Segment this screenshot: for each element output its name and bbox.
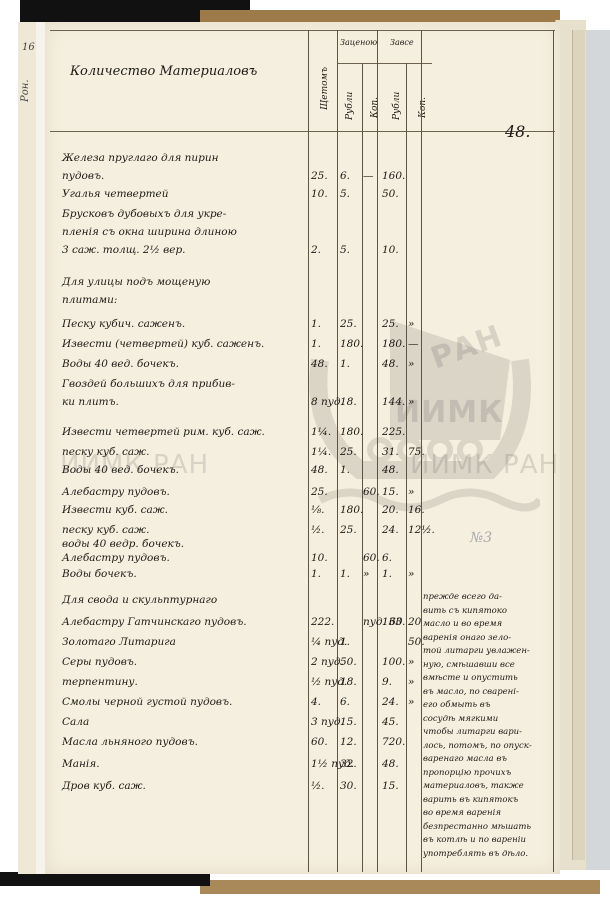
watermark-caption: ИИМК РАН bbox=[410, 450, 559, 480]
entry-quantity: 3 пуд. bbox=[311, 716, 344, 728]
entry-description: Извести куб. саж. bbox=[62, 504, 168, 516]
scan-border-bottom bbox=[0, 872, 210, 886]
entry-sum-rubles: 48. bbox=[382, 464, 399, 476]
entry-quantity: 25. bbox=[311, 170, 328, 182]
header-price-group: Заценою bbox=[340, 38, 377, 47]
entry-sum-rubles: 24. bbox=[382, 524, 399, 536]
entry-sum-kopecks: » bbox=[408, 486, 414, 498]
entry-sum-rubles: 144. bbox=[382, 396, 405, 408]
side-note-line: вить съ кипятоко bbox=[423, 606, 551, 616]
entry-price-rubles: 18. bbox=[340, 676, 357, 688]
entry-price-rubles: 6. bbox=[340, 696, 350, 708]
header-price-kopecks: Коп. bbox=[370, 97, 380, 118]
entry-sum-rubles: 6. bbox=[382, 552, 392, 564]
entry-sum-kopecks: » bbox=[408, 396, 414, 408]
entry-quantity: 1¼. bbox=[311, 426, 331, 438]
facing-page-margin-text: Рон. bbox=[20, 79, 31, 102]
entry-sum-rubles: 15. bbox=[382, 486, 399, 498]
entry-description: Извести четвертей рим. куб. саж. bbox=[62, 426, 265, 438]
entry-quantity: ½. bbox=[311, 780, 325, 792]
entry-description: ки плитъ. bbox=[62, 396, 119, 408]
entry-description: Воды бочекъ. bbox=[62, 568, 137, 580]
entry-description: Угалья четвертей bbox=[62, 188, 169, 200]
entry-quantity: 48. bbox=[311, 464, 328, 476]
entry-sum-rubles: 1. bbox=[382, 568, 392, 580]
side-note-line: въ масло, по сварені- bbox=[423, 687, 551, 697]
side-note-line: безпрестанно мѣшать bbox=[423, 822, 551, 832]
entry-price-rubles: 12. bbox=[340, 736, 357, 748]
entry-sum-kopecks: — bbox=[408, 338, 419, 350]
entry-description: Извести (четвертей) куб. саженъ. bbox=[62, 338, 264, 350]
entry-price-rubles: 5. bbox=[340, 244, 350, 256]
entry-description: Манія. bbox=[62, 758, 100, 770]
side-note-line: варенаго масла въ bbox=[423, 754, 551, 764]
entry-sum-rubles: 24. bbox=[382, 696, 399, 708]
entry-sum-rubles: 160. bbox=[382, 170, 405, 182]
entry-sum-rubles: 100. bbox=[382, 656, 405, 668]
entry-price-rubles: 1. bbox=[340, 568, 350, 580]
entry-price-rubles: 180. bbox=[340, 426, 363, 438]
entry-quantity: ⅛. bbox=[311, 504, 325, 516]
entry-quantity: 48. bbox=[311, 358, 328, 370]
entry-price-rubles: 1. bbox=[340, 464, 350, 476]
side-note-line: той литарги увлажен- bbox=[423, 646, 551, 656]
side-note-line: употреблять въ дѣло. bbox=[423, 849, 551, 859]
entry-description: Сала bbox=[62, 716, 89, 728]
entry-description: Железа пруглаго для пирин bbox=[62, 152, 219, 164]
rule-page-right bbox=[553, 30, 554, 872]
scan-edge-right bbox=[586, 30, 610, 870]
entry-sum-rubles: 10. bbox=[382, 244, 399, 256]
entry-quantity: 10. bbox=[311, 552, 328, 564]
entry-price-rubles: 15. bbox=[340, 716, 357, 728]
side-note-line: сосудѣ мягкими bbox=[423, 714, 551, 724]
entry-sum-rubles: 15. bbox=[382, 780, 399, 792]
entry-description: терпентину. bbox=[62, 676, 138, 688]
entry-sum-rubles: 180. bbox=[382, 338, 405, 350]
entry-quantity: 1. bbox=[311, 568, 321, 580]
entry-price-rubles: 50. bbox=[340, 656, 357, 668]
entry-sum-kopecks: 12½. bbox=[408, 524, 435, 536]
entry-price-rubles: 30. bbox=[340, 780, 357, 792]
page-stack-right-inner bbox=[572, 30, 585, 860]
pencil-mark: №3 bbox=[470, 530, 492, 546]
entry-sum-rubles: 225. bbox=[382, 426, 405, 438]
folio-number: 48. bbox=[505, 122, 530, 141]
entry-price-kopecks: » bbox=[363, 568, 369, 580]
rule-sum-rubles bbox=[377, 30, 378, 872]
entry-price-rubles: 25. bbox=[340, 524, 357, 536]
entry-price-rubles: 180. bbox=[340, 338, 363, 350]
entry-price-rubles: 6. bbox=[340, 170, 350, 182]
entry-sum-kopecks: » bbox=[408, 358, 414, 370]
entry-description: Воды 40 вед. бочекъ. bbox=[62, 464, 179, 476]
entry-sum-rubles: 48. bbox=[382, 358, 399, 370]
entry-description: Гвоздей большихъ для прибив- bbox=[62, 378, 235, 390]
side-note-line: материаловъ, также bbox=[423, 781, 551, 791]
entry-sum-rubles: 45. bbox=[382, 716, 399, 728]
entry-price-rubles: 180. bbox=[340, 504, 363, 516]
header-price-rubles: Рубли bbox=[345, 92, 355, 120]
table-header bbox=[50, 30, 555, 132]
entry-sum-kopecks: » bbox=[408, 656, 414, 668]
header-sum-kopecks: Коп. bbox=[418, 97, 428, 118]
entry-sum-rubles: 50. bbox=[382, 188, 399, 200]
header-subdivider bbox=[337, 63, 432, 64]
entry-description: Для свода и скульптурнаго bbox=[62, 594, 217, 606]
entry-description: песку куб. саж. bbox=[62, 446, 149, 458]
entry-description: Алебастру пудовъ. bbox=[62, 486, 170, 498]
entry-price-rubles: 32. bbox=[340, 758, 357, 770]
entry-description: Брусковъ дубовыхъ для укре- bbox=[62, 208, 226, 220]
entry-description: Дров куб. саж. bbox=[62, 780, 146, 792]
entry-description: Алебастру пудовъ. bbox=[62, 552, 170, 564]
entry-sum-rubles: 720. bbox=[382, 736, 405, 748]
header-sum-group: Завсе bbox=[390, 38, 414, 47]
entry-description: воды 40 ведр. бочекъ. bbox=[62, 538, 184, 550]
entry-price-kopecks: — bbox=[363, 170, 374, 182]
side-note-line: ную, смѣшавши все bbox=[423, 660, 551, 670]
entry-quantity: 4. bbox=[311, 696, 321, 708]
entry-description: Алебастру Гатчинскаго пудовъ. bbox=[62, 616, 247, 628]
header-sum-rubles: Рубли bbox=[392, 92, 402, 120]
entry-description: Серы пудовъ. bbox=[62, 656, 137, 668]
entry-price-rubles: 1. bbox=[340, 636, 350, 648]
rule-price-kopecks bbox=[362, 63, 363, 872]
entry-sum-kopecks: » bbox=[408, 318, 414, 330]
side-note-line: чтобы литарги вари- bbox=[423, 727, 551, 737]
entry-quantity: ½. bbox=[311, 524, 325, 536]
entry-description: Воды 40 вед. бочекъ. bbox=[62, 358, 179, 370]
entry-description: плитами: bbox=[62, 294, 117, 306]
binding-board-bottom bbox=[200, 880, 600, 894]
side-note-line: въ котлѣ и по вареніи bbox=[423, 835, 551, 845]
side-note-line: вмѣсте и опустить bbox=[423, 673, 551, 683]
entry-quantity: 1. bbox=[311, 318, 321, 330]
entry-description: Для улицы подъ мощеную bbox=[62, 276, 210, 288]
side-note-line: во время варенія bbox=[423, 808, 551, 818]
entry-description: 3 саж. толщ. 2½ вер. bbox=[62, 244, 186, 256]
entry-description: Золотаго Литарига bbox=[62, 636, 176, 648]
header-quantity: Щетомъ bbox=[320, 67, 330, 110]
entry-price-rubles: 25. bbox=[340, 446, 357, 458]
side-note-line: его обмыть въ bbox=[423, 700, 551, 710]
entry-price-rubles: 25. bbox=[340, 318, 357, 330]
entry-sum-rubles: 9. bbox=[382, 676, 392, 688]
side-note-line: пропорцію прочихъ bbox=[423, 768, 551, 778]
entry-quantity: 1¼. bbox=[311, 446, 331, 458]
entry-sum-kopecks: » bbox=[408, 696, 414, 708]
entry-description: песку куб. саж. bbox=[62, 524, 149, 536]
entry-sum-rubles: 20. bbox=[382, 504, 399, 516]
side-note-line: лось, потомъ, по опуск- bbox=[423, 741, 551, 751]
entry-quantity: 10. bbox=[311, 188, 328, 200]
entry-quantity: 222. bbox=[311, 616, 334, 628]
entry-sum-kopecks: » bbox=[408, 568, 414, 580]
facing-page-mark: 16 bbox=[22, 42, 35, 53]
entry-description: Масла льняного пудовъ. bbox=[62, 736, 198, 748]
entry-sum-rubles: 31. bbox=[382, 446, 399, 458]
entry-quantity: 60. bbox=[311, 736, 328, 748]
side-note-line: варить въ кипятокъ bbox=[423, 795, 551, 805]
entry-description: пудовъ. bbox=[62, 170, 104, 182]
entry-price-rubles: 18. bbox=[340, 396, 357, 408]
side-note-line: прежде всего да- bbox=[423, 592, 551, 602]
entry-description: пленія съ окна ширина длиною bbox=[62, 226, 237, 238]
entry-price-kopecks: 60. bbox=[363, 552, 380, 564]
entry-description: Смолы черной густой пудовъ. bbox=[62, 696, 232, 708]
entry-sum-kopecks: 16. bbox=[408, 504, 425, 516]
entry-sum-rubles: 133. bbox=[382, 616, 405, 628]
entry-sum-kopecks: 20 bbox=[408, 616, 421, 628]
side-note-line: варенія онаго зело- bbox=[423, 633, 551, 643]
entry-sum-kopecks: » bbox=[408, 676, 414, 688]
side-note-line: масло и во время bbox=[423, 619, 551, 629]
entry-quantity: 1. bbox=[311, 338, 321, 350]
entry-price-kopecks: 60. bbox=[363, 486, 380, 498]
entry-description: Песку кубич. саженъ. bbox=[62, 318, 185, 330]
entry-sum-rubles: 48. bbox=[382, 758, 399, 770]
header-materials: Количество Материаловъ bbox=[70, 64, 257, 79]
entry-sum-rubles: 25. bbox=[382, 318, 399, 330]
entry-quantity: 2 пуд. bbox=[311, 656, 344, 668]
rule-sum-kopecks bbox=[406, 63, 407, 872]
rule-qty-left bbox=[308, 30, 309, 872]
entry-quantity: 25. bbox=[311, 486, 328, 498]
entry-quantity: 2. bbox=[311, 244, 321, 256]
entry-price-rubles: 5. bbox=[340, 188, 350, 200]
entry-quantity: 8 пуд. bbox=[311, 396, 344, 408]
entry-sum-kopecks: 75. bbox=[408, 446, 425, 458]
rule-price-rubles bbox=[337, 30, 338, 872]
entry-price-rubles: 1. bbox=[340, 358, 350, 370]
